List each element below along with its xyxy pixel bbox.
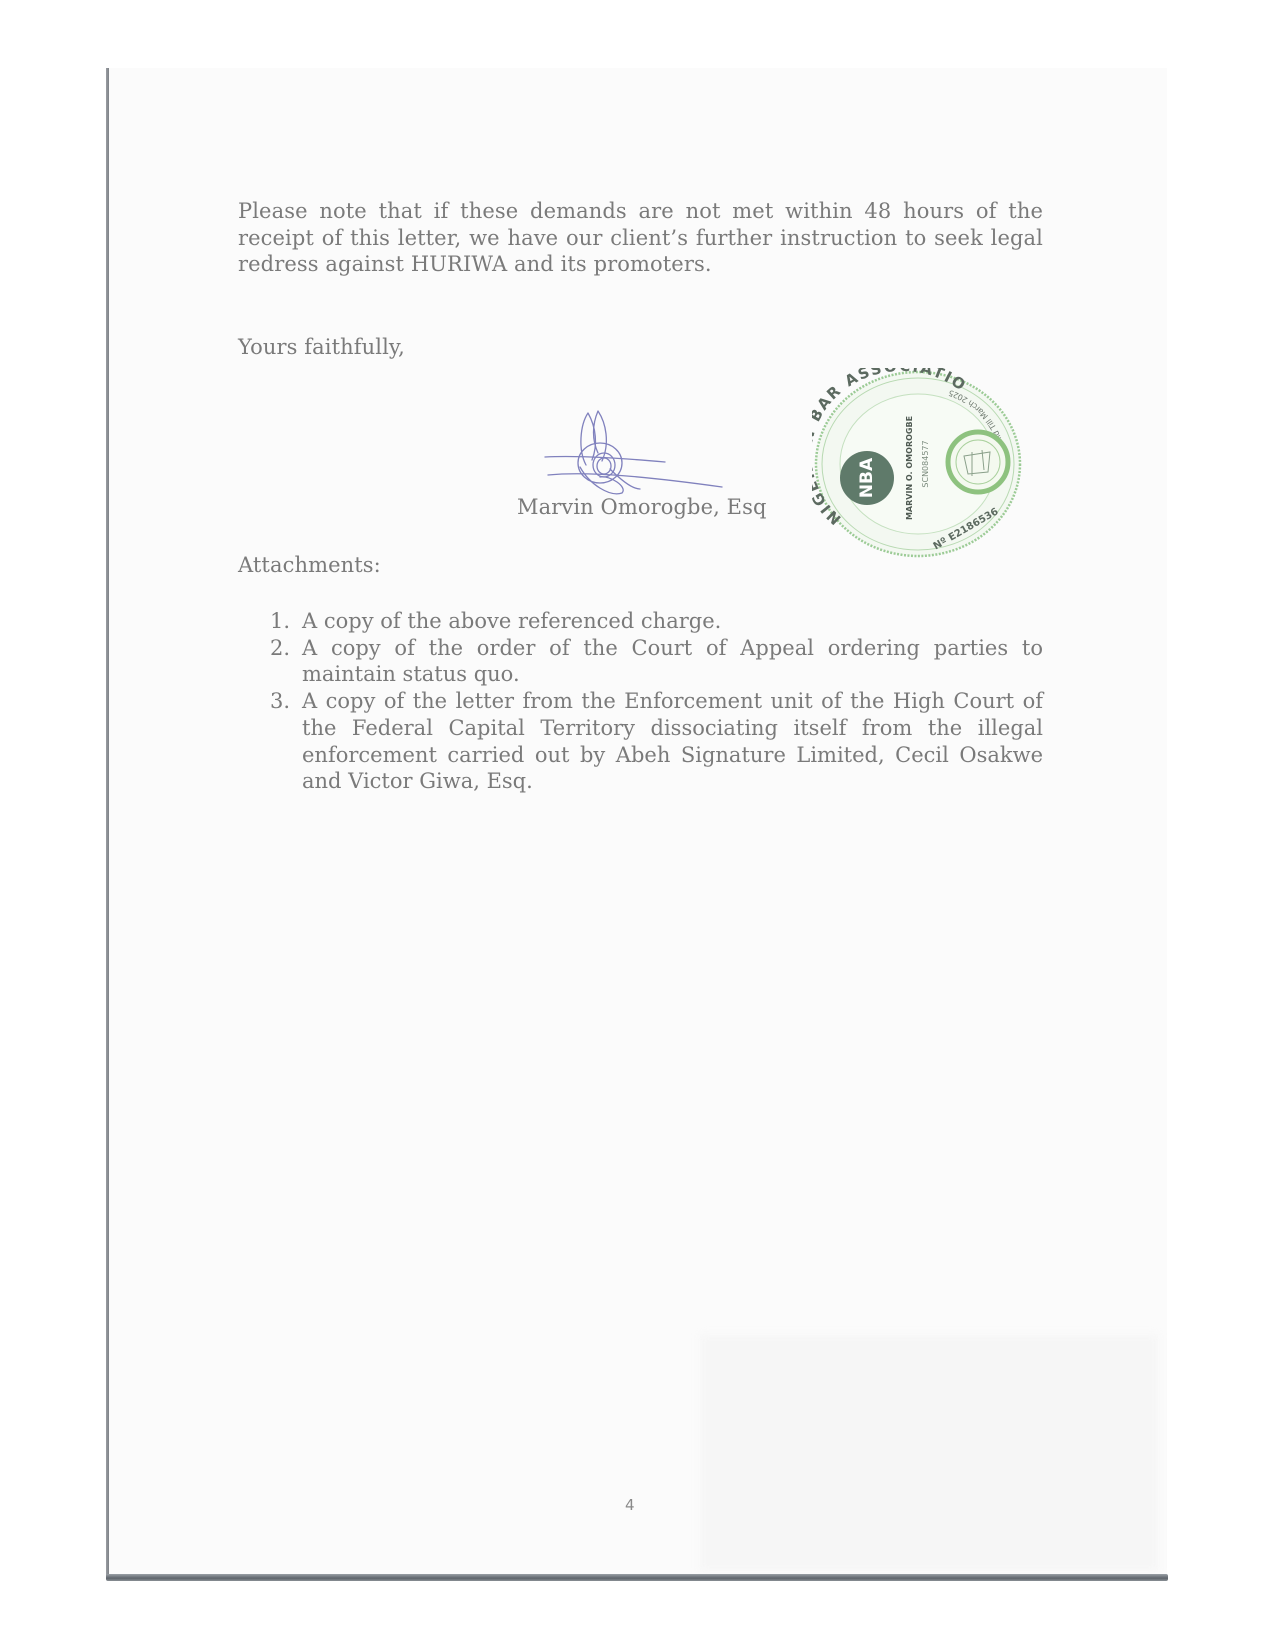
closing-salutation: Yours faithfully,	[238, 334, 405, 361]
list-number: 3.	[270, 688, 302, 795]
signatory-name: Marvin Omorogbe, Esq	[517, 494, 767, 521]
page-bottom-edge	[106, 1574, 1168, 1581]
list-number: 1.	[270, 608, 302, 635]
attachments-list: 1. A copy of the above referenced charge…	[270, 608, 1043, 795]
seal-badge: NBA	[857, 457, 877, 498]
list-item: 3. A copy of the letter from the Enforce…	[270, 688, 1043, 795]
attachments-heading: Attachments:	[238, 552, 381, 579]
list-item: 1. A copy of the above referenced charge…	[270, 608, 1043, 635]
seal-member-code: SCN084577	[921, 440, 930, 487]
demand-paragraph: Please note that if these demands are no…	[238, 198, 1043, 278]
seal-member-name: MARVIN O. OMOROGBE	[905, 416, 914, 520]
handwritten-signature	[540, 405, 730, 500]
page-left-edge	[106, 68, 109, 1578]
list-text: A copy of the order of the Court of Appe…	[302, 635, 1043, 688]
page-number: 4	[625, 1496, 635, 1514]
nba-seal-stamp: NIGERIAN BAR ASSOCIATION Valid Till Marc…	[812, 368, 1024, 560]
list-text: A copy of the above referenced charge.	[302, 608, 1043, 635]
list-text: A copy of the letter from the Enforcemen…	[302, 688, 1043, 795]
list-number: 2.	[270, 635, 302, 688]
list-item: 2. A copy of the order of the Court of A…	[270, 635, 1043, 688]
scan-artifact	[700, 1335, 1158, 1571]
